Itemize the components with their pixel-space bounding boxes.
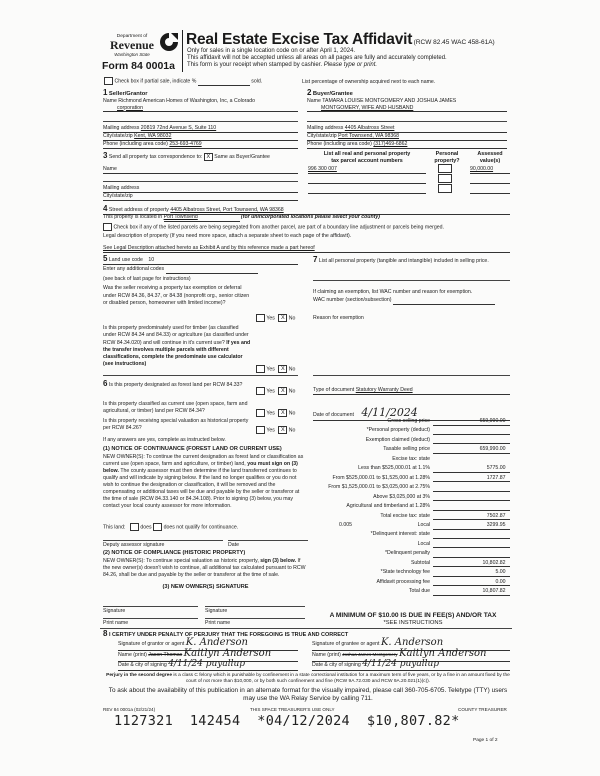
exemption-yes-checkbox[interactable] (256, 314, 265, 322)
seller-mailing-value: 20819 72nd Avenue S, Suite 110 (141, 125, 216, 131)
doc-type-field[interactable]: Type of document Statutory Warranty Deed (313, 387, 510, 395)
correspondence-name-label: Name (103, 166, 117, 172)
this-land-label: This land: (103, 524, 126, 530)
calc-value: 659,990.00 (480, 446, 506, 452)
buyer-city-value: Port Townsend, WA 98368 (338, 133, 399, 139)
calc-value-field[interactable]: 1727.87 (433, 475, 510, 483)
wac-row: WAC number (section/subsection) (313, 297, 495, 305)
calc-label-text: *State technology fee (381, 569, 430, 575)
buyer-name-value: TAMARA LOUISE MONTGOMERY AND JOSHUA JAME… (322, 98, 456, 104)
perjury-notice: Perjury in the second degree is a class … (103, 673, 513, 686)
perjury-bold: Perjury in the second degree (106, 673, 172, 678)
parcels-col-header: List all real and personal property tax … (308, 151, 426, 165)
exemption-question: Was the seller receiving a property tax … (103, 285, 251, 308)
wa-dor-swirl-icon (158, 31, 180, 53)
buyer-phone-field[interactable]: Phone (including area code) (317)469-686… (307, 141, 507, 149)
calc-value: 7502.87 (487, 513, 506, 519)
calc-label: Excise tax: state (302, 456, 430, 463)
calc-value-field[interactable]: 10,802.82 (433, 560, 510, 568)
calc-value-field[interactable] (433, 531, 510, 539)
calc-value-field[interactable]: 5775.00 (433, 465, 510, 473)
parcels-col1-l1: List all real and personal property (308, 151, 426, 158)
if-yes-note: If any answers are yes, complete as inst… (103, 437, 226, 444)
current-use-yesno: Yes X No (256, 409, 295, 417)
partial-sale-row: Check box if partial sale, indicate % so… (104, 77, 262, 86)
calc-value: 659,990.00 (480, 418, 506, 424)
seller-blank-line (103, 121, 298, 122)
segregated-checkbox[interactable] (103, 223, 112, 231)
grantor-date-field[interactable]: Date & city of signing 4/11/24 puyallup (118, 659, 298, 671)
owner1-signature-label: Signature (103, 608, 125, 615)
yes-label: Yes (266, 315, 274, 321)
dor-logo: Department of Revenue Washington State (103, 34, 161, 58)
accessibility-notice: To ask about the availability of this pu… (103, 687, 513, 704)
section-number: 2 (307, 88, 311, 97)
seller-heading: 1 Seller/Grantor (103, 88, 148, 98)
see-instructions: *SEE INSTRUCTIONS (313, 620, 513, 627)
yes-label: Yes (266, 427, 274, 433)
page-number: Page 1 of 2 (473, 738, 498, 744)
owner2-print-line[interactable] (205, 618, 305, 619)
grantee-date-field[interactable]: Date & city of signing 4/11/24 puyallup (312, 659, 510, 671)
grantor-date-value: 4/11/24 puyallup (168, 659, 245, 669)
no-label: No (289, 410, 296, 416)
calc-value-field[interactable] (433, 541, 510, 549)
parcel-number-value: 996 300 007 (308, 166, 337, 172)
header-notes: Only for sales in a single location code… (187, 48, 447, 70)
seller-mailing-field[interactable]: Mailing address 20819 72nd Avenue S, Sui… (103, 125, 298, 133)
seller-city-value: Kent, WA 98032 (134, 133, 171, 139)
deputy-date-label: Date (228, 542, 239, 549)
calc-label: *Delinquent penalty (302, 550, 430, 557)
header-line2: This affidavit will not be accepted unle… (187, 55, 447, 62)
exemption-yesno: Yes X No (256, 314, 295, 322)
partial-sale-suffix: sold. (251, 78, 262, 84)
calc-value-field[interactable]: 659,990.00 (433, 446, 510, 454)
location-label: This property is located in (103, 214, 162, 220)
land-use-value: 10 (148, 257, 154, 263)
header-divider (182, 30, 183, 72)
reason-label: Reason for exemption (313, 315, 364, 322)
calc-label: From $1,525,000.01 to $3,025,000 at 2.75… (302, 484, 430, 491)
section-number: 4 (103, 204, 107, 213)
calc-label-text: Subtotal (411, 560, 430, 566)
calc-value-field[interactable] (433, 484, 510, 492)
assessed-value-field[interactable] (470, 186, 510, 194)
correspondence-city-label: City/state/zip (103, 193, 133, 199)
calc-label-text: Exemption claimed (deduct) (366, 437, 430, 443)
additional-codes-label: Enter any additional codes (103, 266, 164, 272)
forest-yes-checkbox[interactable] (256, 387, 265, 395)
calc-label-text: Above $3,025,000 at 3% (373, 494, 430, 500)
seller-name-field[interactable]: Name Richmond American Homes of Washingt… (103, 98, 298, 112)
grantee-signature-value: K. Anderson (381, 637, 443, 648)
timber-yesno: Yes X No (256, 365, 295, 373)
calc-value: 0.00 (495, 579, 505, 585)
current-use-question: Is this property classified as current u… (103, 401, 253, 416)
calc-label: *Personal property (deduct) (302, 427, 430, 434)
buyer-phone-value: (317)469-6862 (373, 141, 407, 147)
buyer-heading: 2 Buyer/Grantee (307, 88, 353, 98)
calc-label: From $525,000.01 to $1,525,000 at 1.28% (302, 475, 430, 482)
calc-label: Agricultural and timberland at 1.28% (302, 503, 430, 510)
grantee-date-label: Date & city of signing (312, 662, 361, 668)
calc-label-text: *Personal property (deduct) (367, 427, 430, 433)
ownership-note: List percentage of ownership acquired ne… (302, 79, 435, 86)
treasurer-stamp: 1127321 142454 *04/12/2024 $10,807.82* (114, 713, 460, 730)
exemption-instructions: If claiming an exemption, list WAC numbe… (313, 289, 472, 296)
calc-label: *Delinquent interest: state (302, 531, 430, 538)
current-use-no-checkbox[interactable]: X (278, 409, 287, 417)
calc-label-text: *Delinquent interest: state (371, 531, 430, 537)
personal-property-label: 7 List all personal property (tangible a… (313, 254, 508, 265)
calc-label: Exemption claimed (deduct) (302, 437, 430, 444)
calc-value-field[interactable] (433, 550, 510, 558)
section5-divider (103, 375, 298, 376)
grantee-date-value: 4/11/24 puyallup (362, 659, 439, 669)
new-owner-signature-heading: (3) NEW OWNER(S) SIGNATURE (103, 584, 308, 591)
calc-label: Total excise tax: state (302, 513, 430, 520)
continuance-qualify-row: This land: does does not qualify for con… (103, 523, 238, 531)
form-number: Form 84 0001a (102, 60, 175, 73)
deputy-signature-label: Deputy assessor signature (103, 542, 164, 549)
personal-col-header: Personal property? (430, 151, 464, 165)
section-number: 3 (103, 151, 107, 160)
assessed-value: 90,000.00 (470, 166, 493, 172)
legal-description-field[interactable]: See Legal Description attached hereto as… (103, 245, 510, 253)
calc-label: *State technology fee (302, 569, 430, 576)
forest-question: 6 Is this property designated as forest … (103, 378, 253, 389)
land-use-field[interactable]: 5 Land use code 10 (103, 254, 298, 265)
does-qualify-checkbox[interactable] (130, 523, 139, 531)
buyer-mailing-value: 4405 Albatross Street (345, 125, 395, 131)
owner2-print-label: Print name (205, 620, 230, 627)
logo-revenue: Revenue (103, 38, 161, 53)
seller-phone-field[interactable]: Phone (including area code) 253-693-4769 (103, 141, 298, 149)
parcels-col2-l1: Personal (430, 151, 464, 158)
partial-sale-percent-field[interactable] (198, 78, 250, 86)
reason-field[interactable] (313, 375, 510, 376)
buyer-city-label: City/state/zip (307, 133, 337, 139)
grantee-name-struck: Joshua James Montgomery (342, 652, 397, 657)
minimum-due-notice: A MINIMUM OF $10.00 IS DUE IN FEE(S) AND… (313, 612, 513, 620)
personal-property-field[interactable] (313, 280, 510, 281)
no-label: No (289, 427, 296, 433)
header-line3-italic: Please type or print. (324, 62, 377, 68)
calc-value-field[interactable] (433, 503, 510, 511)
timber-question: Is this property predominately used for … (103, 325, 253, 369)
n2-text-a: NEW OWNER(S): To continue special valuat… (103, 558, 259, 564)
section3-heading: 3 Send all property tax correspondence t… (103, 151, 270, 161)
calc-label-text: Gross selling price (387, 418, 430, 424)
section7-label-text: List all personal property (tangible and… (319, 258, 489, 264)
calc-value-field[interactable]: 10,807.82 (433, 588, 510, 596)
yes-label: Yes (266, 410, 274, 416)
yes-label: Yes (266, 366, 274, 372)
seller-heading-text: Seller/Grantor (109, 91, 148, 97)
partial-sale-checkbox[interactable] (104, 77, 113, 85)
assessed-value-field[interactable] (470, 176, 510, 184)
historic-yes-checkbox[interactable] (256, 426, 265, 434)
calc-label-text: Local (418, 522, 430, 528)
form-revision: REV 84 0001a (02/21/24) (103, 707, 155, 713)
buyer-name-value-2: MONTGOMERY, WIFE AND HUSBAND (321, 105, 413, 111)
correspondence-mailing-label: Mailing address (103, 185, 139, 191)
legal-description-value: See Legal Description attached hereto as… (103, 245, 315, 251)
n1-text-b: The county assessor must then determine … (103, 468, 299, 509)
correspondence-name-field[interactable]: Name (103, 166, 298, 174)
calc-label: Total due (302, 588, 430, 595)
calc-label-text: Local (418, 541, 430, 547)
calc-label-text: Less than $525,000.01 at 1.1% (358, 465, 430, 471)
grantor-signature-value: K. Anderson (186, 637, 248, 648)
header-line1: Only for sales in a single location code… (187, 48, 447, 55)
no-label: No (289, 315, 296, 321)
calc-label: Subtotal (302, 560, 430, 567)
calc-label-text: Excise tax: state (392, 456, 430, 462)
calc-value-field[interactable]: 7502.87 (433, 513, 510, 521)
forest-yesno: Yes X No (256, 387, 295, 395)
treasurer-space-label: THIS SPACE TREASURER'S USE ONLY (250, 707, 335, 713)
deputy-date-line[interactable] (228, 540, 308, 541)
calc-value: 5775.00 (487, 465, 506, 471)
seller-city-label: City/state/zip (103, 133, 133, 139)
does-not-label: does not qualify for continuance. (164, 524, 239, 530)
parcels-col3-l1: Assessed (470, 151, 510, 158)
form-title-row: Real Estate Excise Tax Affidavit (RCW 82… (186, 30, 495, 49)
calc-label: Local (302, 541, 430, 548)
does-label: does (140, 524, 151, 530)
buyer-phone-label: Phone (including area code) (307, 141, 372, 147)
section3-label: Send all property tax correspondence to: (109, 154, 202, 160)
calc-value-field[interactable] (433, 437, 510, 445)
additional-codes-field[interactable] (166, 266, 258, 274)
owner1-print-line[interactable] (103, 618, 198, 619)
seller-name-label: Name (103, 98, 117, 104)
calc-label: Affidavit processing fee (302, 579, 430, 586)
segregated-label: Check box if any of the listed parcels a… (113, 224, 443, 230)
calc-label-text: Total due (409, 588, 430, 594)
owner2-signature-line[interactable] (205, 606, 305, 607)
timber-no-checkbox[interactable]: X (278, 365, 287, 373)
calc-label-text: *Delinquent penalty (385, 550, 430, 556)
seller-phone-value: 253-693-4769 (169, 141, 201, 147)
grantor-name-struck: Jason Thomas (148, 652, 182, 658)
section-number: 8 (103, 629, 107, 638)
calc-label-text: From $525,000.01 to $1,525,000 at 1.28% (333, 475, 430, 481)
calc-value: 5.00 (495, 569, 505, 575)
seller-phone-label: Phone (including area code) (103, 141, 168, 147)
correspondence-mailing-field[interactable]: Mailing address (103, 185, 298, 193)
parcel-number-field[interactable]: 996 300 007 (308, 166, 426, 174)
street-address-label: Street address of property (109, 207, 169, 213)
grantee-name-value: Kaitlyn Anderson (399, 648, 486, 659)
county-treasurer-label: COUNTY TREASURER (458, 707, 507, 713)
calc-label: Gross selling price (302, 418, 430, 425)
buyer-blank-line (307, 121, 507, 122)
street-address-value: 4405 Albatross Street, Port Townsend, WA… (170, 207, 283, 213)
calc-label: Above $3,025,000 at 3% (302, 494, 430, 501)
notice-compliance-text: NEW OWNER(S): To continue special valuat… (103, 558, 308, 579)
calc-label: Taxable selling price (302, 446, 430, 453)
see-back-note: (see back of last page for instructions) (103, 276, 191, 283)
buyer-mailing-field[interactable]: Mailing address 4405 Albatross Street (307, 125, 507, 133)
calc-value: 10,807.82 (482, 588, 505, 594)
section-number: 7 (313, 255, 317, 264)
buyer-heading-text: Buyer/Grantee (313, 91, 353, 97)
seller-city-field[interactable]: City/state/zip Kent, WA 98032 (103, 133, 298, 141)
affidavit-page: Department of Revenue Washington State F… (0, 0, 600, 776)
calc-label: Local (302, 522, 430, 529)
calc-label-text: Total excise tax: state (380, 513, 430, 519)
historic-no-checkbox[interactable]: X (278, 426, 287, 434)
local-rate: 0.005 (339, 522, 352, 529)
segregated-row: Check box if any of the listed parcels a… (103, 223, 444, 231)
grantor-name-label: Name (print) (118, 652, 147, 658)
grantor-signature-label: Signature of grantor or agent (118, 641, 184, 647)
parcels-col3-l2: value(s) (470, 158, 510, 165)
same-as-buyer-checkbox[interactable]: X (204, 153, 213, 161)
calc-value: 10,802.82 (482, 560, 505, 566)
grantor-date-label: Date & city of signing (118, 662, 167, 668)
same-as-buyer-label: Same as Buyer/Grantee (214, 154, 270, 160)
exemption-no-checkbox[interactable]: X (278, 314, 287, 322)
wac-field[interactable] (393, 297, 495, 305)
section-number: 5 (103, 254, 107, 263)
deputy-signature-line[interactable] (103, 540, 223, 541)
calc-label: Less than $525,000.01 at 1.1% (302, 465, 430, 472)
assessed-value-field[interactable]: 90,000.00 (470, 166, 510, 174)
location-value: Port Townsend (164, 214, 198, 220)
no-label: No (289, 388, 296, 394)
owner1-signature-line[interactable] (103, 606, 198, 607)
parcels-col1-l2: tax parcel account numbers (308, 158, 426, 165)
seller-name-value: Richmond American Homes of Washington, I… (118, 98, 255, 104)
forest-no-checkbox[interactable]: X (278, 387, 287, 395)
no-label: No (289, 366, 296, 372)
calc-value-field[interactable]: 659,990.00 (433, 418, 510, 426)
owner2-signature-label: Signature (205, 608, 227, 615)
forest-question-text: Is this property designated as forest la… (109, 382, 243, 388)
perjury-text: is a class C felony which is punishable … (173, 673, 509, 684)
calc-label-text: Affidavit processing fee (376, 579, 430, 585)
form-title: Real Estate Excise Tax Affidavit (186, 31, 412, 48)
historic-yesno: Yes X No (256, 426, 295, 434)
calc-value-field[interactable]: 3299.95 (433, 522, 510, 530)
n2-text-bold: sign (3) below. (260, 558, 296, 564)
seller-name-value-2: corporation (117, 105, 143, 111)
historic-question: Is this property receiving special valua… (103, 418, 253, 433)
does-not-qualify-checkbox[interactable] (153, 523, 162, 531)
doc-type-label: Type of document (313, 387, 354, 393)
personal-property-checkbox[interactable] (438, 174, 452, 183)
calc-label-text: Agricultural and timberland at 1.28% (346, 503, 430, 509)
assessed-col-header: Assessed value(s) (470, 151, 510, 165)
land-use-label: Land use code (109, 257, 143, 263)
section-number: 6 (103, 379, 107, 388)
location-note: (for unincorporated locations please sel… (241, 214, 380, 220)
notice-continuance-text: NEW OWNER(S): To continue the current de… (103, 454, 308, 510)
partial-sale-label: Check box if partial sale, indicate % (114, 78, 196, 84)
section-number: 1 (103, 88, 107, 97)
parcel-number-field[interactable] (308, 186, 426, 194)
parcel-number-field[interactable] (308, 176, 426, 184)
calc-value-field[interactable] (433, 494, 510, 502)
yes-label: Yes (266, 388, 274, 394)
buyer-name-label: Name (307, 98, 321, 104)
grantee-name-label: Name (print) (312, 652, 341, 658)
doc-type-value: Statutory Warranty Deed (356, 387, 413, 393)
form-rcw: (RCW 82.45 WAC 458-61A) (414, 39, 495, 46)
calc-label-text: Taxable selling price (383, 446, 430, 452)
calc-value-field[interactable]: 5.00 (433, 569, 510, 577)
legal-description-label: Legal description of property (If you ne… (103, 233, 351, 240)
owner1-print-label: Print name (103, 620, 128, 627)
calc-value-field[interactable] (433, 427, 510, 435)
personal-property-checkbox[interactable] (438, 184, 452, 193)
notice-continuance-heading: (1) NOTICE OF CONTINUANCE (FOREST LAND O… (103, 446, 282, 453)
calc-value-field[interactable]: 0.00 (433, 579, 510, 587)
grantor-name-value: Kaitlyn Anderson (184, 648, 271, 659)
correspondence-blank-line (103, 181, 298, 182)
calc-label-text: From $1,525,000.01 to $3,025,000 at 2.75… (328, 484, 430, 490)
current-use-yes-checkbox[interactable] (256, 409, 265, 417)
additional-codes-row: Enter any additional codes (103, 266, 258, 274)
buyer-name-field[interactable]: Name TAMARA LOUISE MONTGOMERY AND JOSHUA… (307, 98, 507, 112)
correspondence-city-field[interactable]: City/state/zip (103, 193, 298, 201)
buyer-city-field[interactable]: City/state/zip Port Townsend, WA 98368 (307, 133, 507, 141)
header-line3: This form is your receipt when stamped b… (187, 62, 322, 68)
notice-compliance-heading: (2) NOTICE OF COMPLIANCE (HISTORIC PROPE… (103, 550, 245, 557)
personal-property-checkbox[interactable] (438, 164, 452, 173)
location-row: This property is located in Port Townsen… (103, 214, 380, 222)
timber-yes-checkbox[interactable] (256, 365, 265, 373)
location-field[interactable]: Port Townsend (164, 214, 240, 222)
calc-value: 3299.95 (487, 522, 506, 528)
wac-label: WAC number (section/subsection) (313, 297, 392, 303)
buyer-mailing-label: Mailing address (307, 125, 343, 131)
grantee-signature-label: Signature of grantee or agent (312, 641, 380, 647)
seller-mailing-label: Mailing address (103, 125, 139, 131)
calc-value: 1727.87 (487, 475, 506, 481)
